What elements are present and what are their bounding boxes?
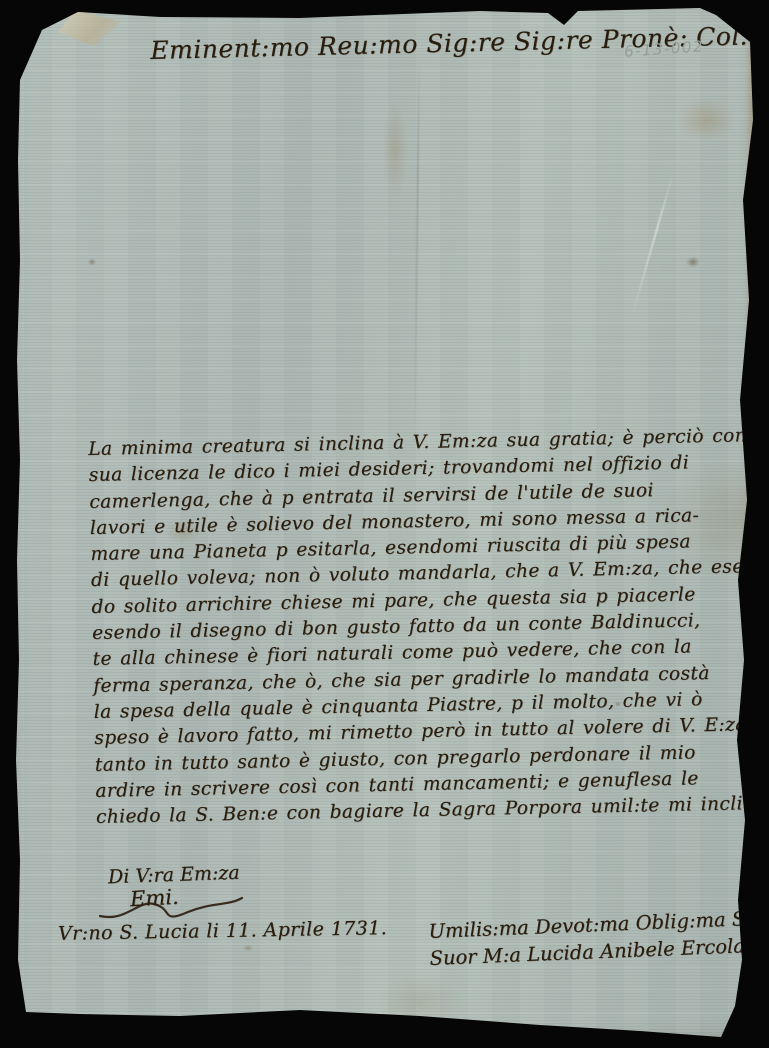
letter-body: La minima creatura si inclina à V. Em:za… bbox=[88, 423, 758, 831]
signature-block: Umilis:ma Devot:ma Oblig:ma Serva vera S… bbox=[428, 902, 769, 972]
paper-deckle-edge bbox=[745, 34, 761, 1034]
place-date-line: Vr:no S. Lucia li 11. Aprile 1731. bbox=[58, 917, 387, 945]
photo-backdrop: Eminent:mo Reu:mo Sig:re Sig:re Pronè: C… bbox=[0, 0, 769, 1048]
salutation-line: Eminent:mo Reu:mo Sig:re Sig:re Pronè: C… bbox=[150, 23, 671, 65]
letter-page: Eminent:mo Reu:mo Sig:re Sig:re Pronè: C… bbox=[0, 0, 769, 1048]
paper-crease-diagonal bbox=[631, 171, 674, 316]
paper-crease-vertical bbox=[414, 58, 420, 438]
paper-tear-topleft bbox=[58, 6, 120, 48]
